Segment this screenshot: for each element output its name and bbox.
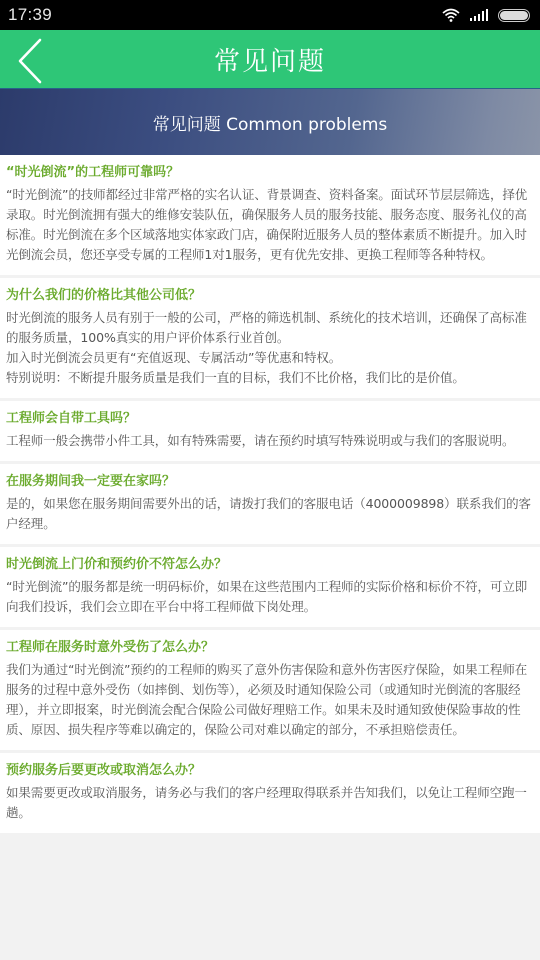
faq-item: 时光倒流上门价和预约价不符怎么办？ “时光倒流”的服务都是统一明码标价，如果在这… — [0, 547, 540, 627]
faq-answer: 如果需要更改或取消服务，请务必与我们的客户经理取得联系并告知我们，以免让工程师空… — [6, 783, 533, 823]
faq-list: “时光倒流”的工程师可靠吗？ “时光倒流”的技师都经过非常严格的实名认证、背景调… — [0, 155, 540, 833]
faq-question: 在服务期间我一定要在家吗？ — [6, 472, 533, 492]
banner-text: 常见问题 Common problems — [153, 110, 388, 135]
faq-answer: 我们为通过“时光倒流”预约的工程师的购买了意外伤害保险和意外伤害医疗保险，如果工… — [6, 660, 533, 740]
faq-item: 预约服务后要更改或取消怎么办？ 如果需要更改或取消服务，请务必与我们的客户经理取… — [0, 753, 540, 833]
signal-icon — [470, 9, 488, 21]
faq-question: 工程师会自带工具吗？ — [6, 409, 533, 429]
faq-answer-paragraph: 加入时光倒流会员更有“充值返现、专属活动”等优惠和特权。 — [6, 348, 533, 368]
status-icons — [442, 8, 530, 22]
faq-question: “时光倒流”的工程师可靠吗？ — [6, 163, 533, 183]
faq-answer-paragraph: 时光倒流的服务人员有别于一般的公司，严格的筛选机制、系统化的技术培训，还确保了高… — [6, 308, 533, 348]
faq-item: 在服务期间我一定要在家吗？ 是的，如果您在服务期间需要外出的话，请拨打我们的客服… — [0, 464, 540, 544]
faq-answer-paragraph: “时光倒流”的技师都经过非常严格的实名认证、背景调查、资料备案。面试环节层层筛选… — [6, 185, 533, 265]
chevron-left-icon — [14, 38, 50, 84]
battery-icon — [498, 9, 530, 22]
status-bar: 17:39 — [0, 0, 540, 30]
faq-answer: 是的，如果您在服务期间需要外出的话，请拨打我们的客服电话（4000009898）… — [6, 494, 533, 534]
faq-question: 时光倒流上门价和预约价不符怎么办？ — [6, 555, 533, 575]
faq-answer: 工程师一般会携带小件工具，如有特殊需要，请在预约时填写特殊说明或与我们的客服说明… — [6, 431, 533, 451]
back-button[interactable] — [14, 38, 50, 84]
page-title: 常见问题 — [214, 41, 326, 78]
faq-answer: “时光倒流”的服务都是统一明码标价，如果在这些范围内工程师的实际价格和标价不符，… — [6, 577, 533, 617]
banner: 常见问题 Common problems — [0, 88, 540, 155]
faq-item: 工程师会自带工具吗？ 工程师一般会携带小件工具，如有特殊需要，请在预约时填写特殊… — [0, 401, 540, 461]
faq-answer-paragraph: 特别说明：不断提升服务质量是我们一直的目标，我们不比价格，我们比的是价值。 — [6, 368, 533, 388]
faq-answer-paragraph: 工程师一般会携带小件工具，如有特殊需要，请在预约时填写特殊说明或与我们的客服说明… — [6, 431, 533, 451]
faq-answer-paragraph: “时光倒流”的服务都是统一明码标价，如果在这些范围内工程师的实际价格和标价不符，… — [6, 577, 533, 617]
faq-question: 工程师在服务时意外受伤了怎么办？ — [6, 638, 533, 658]
faq-item: “时光倒流”的工程师可靠吗？ “时光倒流”的技师都经过非常严格的实名认证、背景调… — [0, 155, 540, 275]
faq-question: 预约服务后要更改或取消怎么办？ — [6, 761, 533, 781]
faq-item: 为什么我们的价格比其他公司低？ 时光倒流的服务人员有别于一般的公司，严格的筛选机… — [0, 278, 540, 398]
faq-question: 为什么我们的价格比其他公司低？ — [6, 286, 533, 306]
faq-item: 工程师在服务时意外受伤了怎么办？ 我们为通过“时光倒流”预约的工程师的购买了意外… — [0, 630, 540, 750]
faq-answer-paragraph: 我们为通过“时光倒流”预约的工程师的购买了意外伤害保险和意外伤害医疗保险，如果工… — [6, 660, 533, 740]
nav-bar: 常见问题 — [0, 30, 540, 88]
faq-answer-paragraph: 是的，如果您在服务期间需要外出的话，请拨打我们的客服电话（4000009898）… — [6, 494, 533, 534]
faq-answer: 时光倒流的服务人员有别于一般的公司，严格的筛选机制、系统化的技术培训，还确保了高… — [6, 308, 533, 388]
faq-answer: “时光倒流”的技师都经过非常严格的实名认证、背景调查、资料备案。面试环节层层筛选… — [6, 185, 533, 265]
faq-answer-paragraph: 如果需要更改或取消服务，请务必与我们的客户经理取得联系并告知我们，以免让工程师空… — [6, 783, 533, 823]
wifi-icon — [442, 8, 460, 22]
status-time: 17:39 — [8, 5, 52, 25]
